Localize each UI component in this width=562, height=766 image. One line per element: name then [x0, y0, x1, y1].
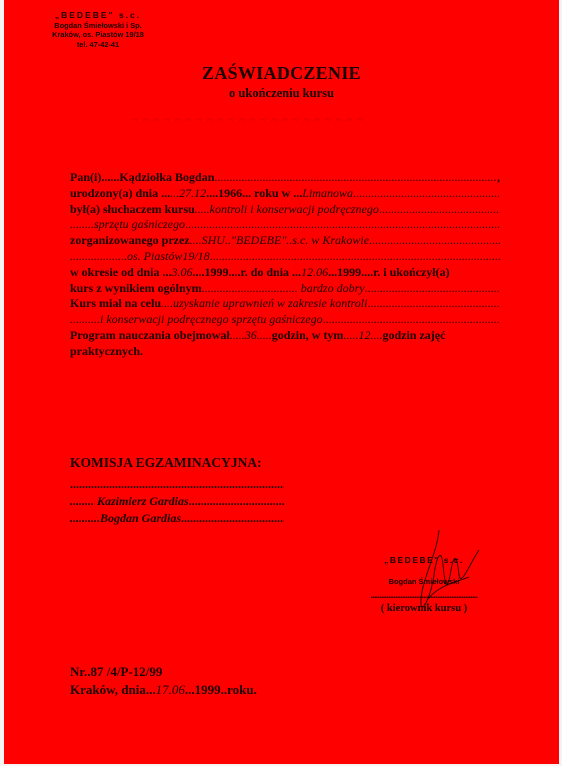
commission-members: ........ Kazimierz Gardias..........Bogd… — [70, 476, 284, 527]
stamp-person: Bogdan Śmiełowski — [349, 577, 499, 586]
filled-value: Limanowa — [302, 186, 353, 202]
form-label: zorganizowanego przez — [70, 233, 190, 249]
form-label: Kurs miał na celu — [70, 296, 161, 312]
form-label: praktycznych. — [70, 344, 143, 360]
filled-value: ...27.12 — [170, 186, 206, 202]
body-line: Kurs miał na celu ....uzyskanie uprawnie… — [70, 296, 500, 312]
dotted-fill — [210, 249, 500, 265]
registration-number: Nr..87 /4/P-12/99 — [70, 664, 162, 680]
form-label: urodzony(a) dnia ... — [70, 186, 170, 202]
form-label: był(a) słuchaczem kursu — [70, 202, 195, 218]
body-line: w okresie od dnia ...3.06....1999....r. … — [70, 265, 500, 281]
body-line: ...................os. Piastów19/18 — [70, 249, 500, 265]
document-title: ZAŚWIADCZENIE — [4, 63, 559, 84]
document-subtitle: o ukończeniu kursu — [4, 86, 559, 101]
filled-value: ....uzyskanie uprawnień w zakresie kontr… — [161, 296, 367, 312]
body-line: praktycznych. — [70, 344, 500, 360]
dotted-fill — [70, 476, 284, 493]
dotted-fill — [353, 186, 500, 202]
form-label: ....1966... roku w ... — [206, 186, 302, 202]
member-line: ..........Bogdan Gardias — [70, 510, 284, 527]
form-label: Pan(i)...... — [70, 170, 119, 186]
filled-value: ........sprzętu gaśniczego — [70, 217, 185, 233]
commission-heading: KOMISJA EGZAMINACYJNA: — [70, 455, 262, 471]
company-phone: tel. 47-42-41 — [38, 40, 158, 50]
form-label: ...1999....r. i ukończył(a) — [328, 265, 450, 281]
filled-value: .....12.... — [343, 328, 382, 344]
certificate-body: Pan(i)......Kądziołka Bogdan,urodzony(a)… — [70, 170, 500, 360]
form-label: godzin zajęć — [382, 328, 445, 344]
body-line: ........sprzętu gaśniczego — [70, 217, 500, 233]
member-name: ..........Bogdan Gardias — [70, 510, 181, 527]
company-owners: Bogdan Śmiełowski i Sp. — [38, 21, 158, 31]
body-line: był(a) słuchaczem kursu .....kontroli i … — [70, 202, 500, 218]
body-line: zorganizowanego przez ....SHU.."BEDEBE".… — [70, 233, 500, 249]
form-label: w okresie od dnia ... — [70, 265, 171, 281]
dotted-fill — [367, 296, 500, 312]
dotted-fill — [185, 217, 500, 233]
member-name: ........ Kazimierz Gardias — [70, 493, 189, 510]
dotted-fill — [379, 202, 500, 218]
form-label: ....1999....r. do dnia ... — [192, 265, 301, 281]
faint-bleedthrough-text: ~ ~ ~ ~ ~ ~ ~ ~ ~ ~ ~ ~ ~ ~ ~ ~ ~ ~ ~ ~ … — [132, 114, 364, 126]
filled-value: ..........i konserwacji podręcznego sprz… — [70, 312, 323, 328]
company-address: Kraków, os. Piastów 19/18 — [38, 30, 158, 40]
filled-value: .....kontroli i konserwacji podręcznego — [195, 202, 379, 218]
filled-value: .....36..... — [230, 328, 272, 344]
form-label: Program nauczania obejmował — [70, 328, 230, 344]
form-label: Kądziołka Bogdan — [119, 170, 214, 186]
body-line: Program nauczania obejmował .....36.....… — [70, 328, 500, 344]
place-suffix: ...1999..roku. — [185, 682, 257, 697]
form-label: godzin, w tym — [272, 328, 344, 344]
place-and-date: Kraków, dnia...17.06...1999..roku. — [70, 682, 257, 698]
dotted-fill — [369, 233, 500, 249]
place-prefix: Kraków, dnia... — [70, 682, 156, 697]
member-line: ........ Kazimierz Gardias — [70, 493, 284, 510]
course-director-stamp: „BEDEBE" s.c. Bogdan Śmiełowski ........… — [349, 555, 499, 614]
stamp-company: „BEDEBE" s.c. — [349, 555, 499, 565]
body-line: Pan(i)......Kądziołka Bogdan, — [70, 170, 500, 186]
stamp-role: ( kierownik kursu ) — [349, 603, 499, 614]
dotted-fill — [181, 510, 284, 527]
company-name: „BEDEBE" s.c. — [38, 11, 158, 21]
form-label: kurs z wynikiem ogólnym — [70, 281, 202, 297]
signature-line: ........................................… — [349, 591, 499, 600]
body-line: ..........i konserwacji podręcznego sprz… — [70, 312, 500, 328]
body-line: urodzony(a) dnia ......27.12....1966... … — [70, 186, 500, 202]
company-header: „BEDEBE" s.c. Bogdan Śmiełowski i Sp. Kr… — [38, 11, 158, 49]
dotted-fill — [323, 312, 500, 328]
dotted-fill — [189, 493, 284, 510]
filled-value: ................................ bardzo … — [202, 281, 365, 297]
filled-value: ...................os. Piastów19/18 — [70, 249, 210, 265]
certificate-page: „BEDEBE" s.c. Bogdan Śmiełowski i Sp. Kr… — [4, 0, 559, 764]
form-label: , — [497, 170, 500, 186]
member-line — [70, 476, 284, 493]
filled-value: 3.06 — [171, 265, 192, 281]
issue-date: 17.06 — [156, 682, 185, 697]
body-line: kurs z wynikiem ogólnym ................… — [70, 281, 500, 297]
dotted-fill — [214, 170, 497, 186]
dotted-fill — [365, 281, 500, 297]
filled-value: 12.06 — [301, 265, 328, 281]
filled-value: ....SHU.."BEDEBE"..s.c. w Krakowie — [190, 233, 369, 249]
